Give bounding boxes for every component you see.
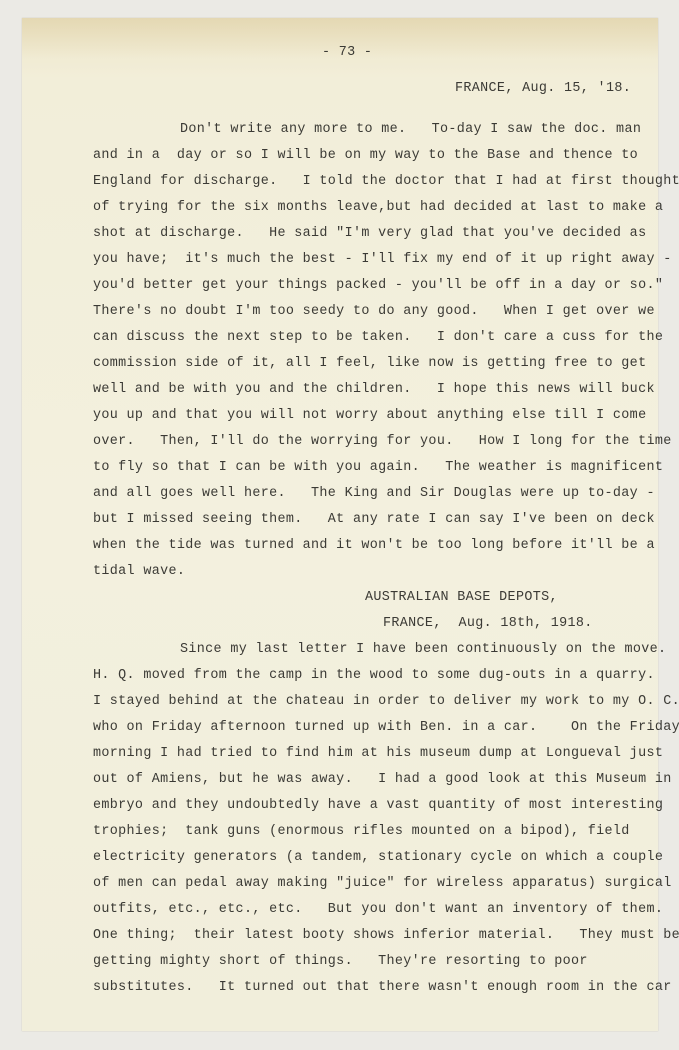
letter1-line: well and be with you and the children. I…	[93, 382, 655, 398]
letter2-line: getting mighty short of things. They're …	[93, 954, 588, 970]
letter1-line: tidal wave.	[93, 564, 185, 580]
letter2-line: morning I had tried to find him at his m…	[93, 746, 663, 762]
letter2-heading-line2: FRANCE, Aug. 18th, 1918.	[383, 616, 593, 632]
letter2-line: outfits, etc., etc., etc. But you don't …	[93, 902, 663, 918]
letter1-line: Don't write any more to me. To-day I saw…	[180, 122, 641, 138]
letter1-line: commission side of it, all I feel, like …	[93, 356, 646, 372]
letter1-line: and in a day or so I will be on my way t…	[93, 148, 638, 164]
letter1-line: to fly so that I can be with you again. …	[93, 460, 663, 476]
letter2-line: trophies; tank guns (enormous rifles mou…	[93, 824, 630, 840]
letter2-line: substitutes. It turned out that there wa…	[93, 980, 672, 996]
letter1-line: you'd better get your things packed - yo…	[93, 278, 663, 294]
letter2-line: One thing; their latest booty shows infe…	[93, 928, 679, 944]
letter1-line: England for discharge. I told the doctor…	[93, 174, 679, 190]
letter1-line: over. Then, I'll do the worrying for you…	[93, 434, 672, 450]
letter2-line: of men can pedal away making "juice" for…	[93, 876, 672, 892]
letter1-line: shot at discharge. He said "I'm very gla…	[93, 226, 646, 242]
page-number: - 73 -	[322, 45, 372, 61]
letter1-line: There's no doubt I'm too seedy to do any…	[93, 304, 655, 320]
letter1-line: and all goes well here. The King and Sir…	[93, 486, 655, 502]
letter1-dateline: FRANCE, Aug. 15, '18.	[455, 81, 631, 97]
letter1-line: can discuss the next step to be taken. I…	[93, 330, 663, 346]
letter1-line: but I missed seeing them. At any rate I …	[93, 512, 655, 528]
letter1-line: you up and that you will not worry about…	[93, 408, 646, 424]
letter1-line: when the tide was turned and it won't be…	[93, 538, 655, 554]
letter2-heading-line1: AUSTRALIAN BASE DEPOTS,	[365, 590, 558, 606]
letter2-line: embryo and they undoubtedly have a vast …	[93, 798, 663, 814]
letter2-line: H. Q. moved from the camp in the wood to…	[93, 668, 655, 684]
letter2-line: electricity generators (a tandem, statio…	[93, 850, 663, 866]
letter2-line: who on Friday afternoon turned up with B…	[93, 720, 679, 736]
letter1-line: of trying for the six months leave,but h…	[93, 200, 663, 216]
letter2-line: out of Amiens, but he was away. I had a …	[93, 772, 672, 788]
letter1-line: you have; it's much the best - I'll fix …	[93, 252, 672, 268]
letter2-line: I stayed behind at the chateau in order …	[93, 694, 679, 710]
letter2-line: Since my last letter I have been continu…	[180, 642, 666, 658]
